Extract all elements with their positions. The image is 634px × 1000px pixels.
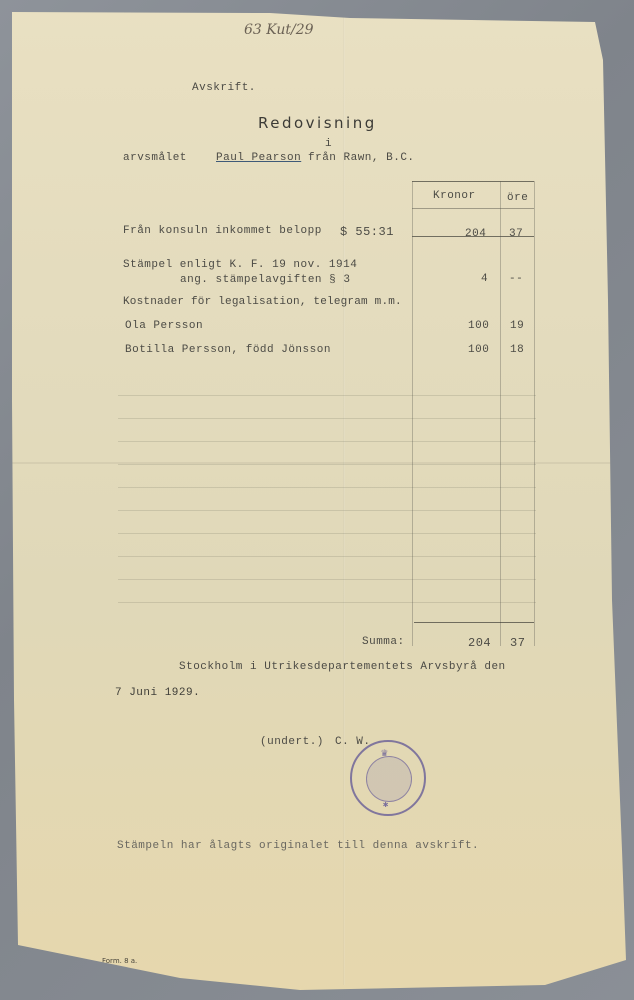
handwritten-reference: 63 Kut/29 (244, 22, 314, 38)
summa-kronor: 204 (468, 636, 491, 650)
row-kronor: 4 (481, 273, 488, 285)
seal-emblem-icon (366, 756, 412, 802)
case-subject: Paul Pearson (216, 152, 301, 164)
place-line: Stockholm i Utrikesdepartementets Arvsby… (179, 661, 506, 673)
ore-header: öre (507, 192, 528, 204)
form-number: Form. 8 a. (102, 957, 137, 965)
row-description: Stämpel enligt K. F. 19 nov. 1914 (123, 259, 357, 271)
official-seal-stamp: ♛ ✱ (350, 740, 426, 816)
signature-label: (undert.) (260, 736, 324, 748)
row-description-line2: ang. stämpelavgiften § 3 (180, 274, 350, 286)
row-kronor: 204 (465, 228, 486, 240)
row-description: Från konsuln inkommet belopp (123, 225, 322, 237)
document-paper: 63 Kut/29 Avskrift. Redovisning i arvsmå… (0, 0, 634, 1000)
summa-ore: 37 (510, 636, 525, 650)
row-ore: 18 (510, 344, 524, 356)
row-description: Ola Persson (125, 320, 203, 332)
case-label: arvsmålet (123, 152, 187, 164)
kronor-header: Kronor (433, 190, 476, 202)
row-note: $ 55:31 (340, 225, 394, 239)
row-description: Kostnader för legalisation, telegram m.m… (123, 296, 402, 308)
connector-text: i (325, 138, 332, 150)
row-ore: 37 (509, 228, 523, 240)
row-ore: -- (509, 273, 523, 285)
row-kronor: 100 (468, 320, 489, 332)
row-description: Botilla Persson, född Jönsson (125, 344, 331, 356)
date-text: 7 Juni 1929. (115, 687, 200, 699)
row-kronor: 100 (468, 344, 489, 356)
star-icon: ✱ (383, 800, 388, 810)
stamp-note: Stämpeln har ålagts originalet till denn… (117, 840, 479, 852)
summa-label: Summa: (362, 636, 405, 648)
row-ore: 19 (510, 320, 524, 332)
document-title: Redovisning (258, 114, 377, 132)
crown-icon: ♛ (381, 746, 388, 760)
avskrift-label: Avskrift. (192, 82, 256, 94)
case-origin: från Rawn, B.C. (308, 152, 415, 164)
